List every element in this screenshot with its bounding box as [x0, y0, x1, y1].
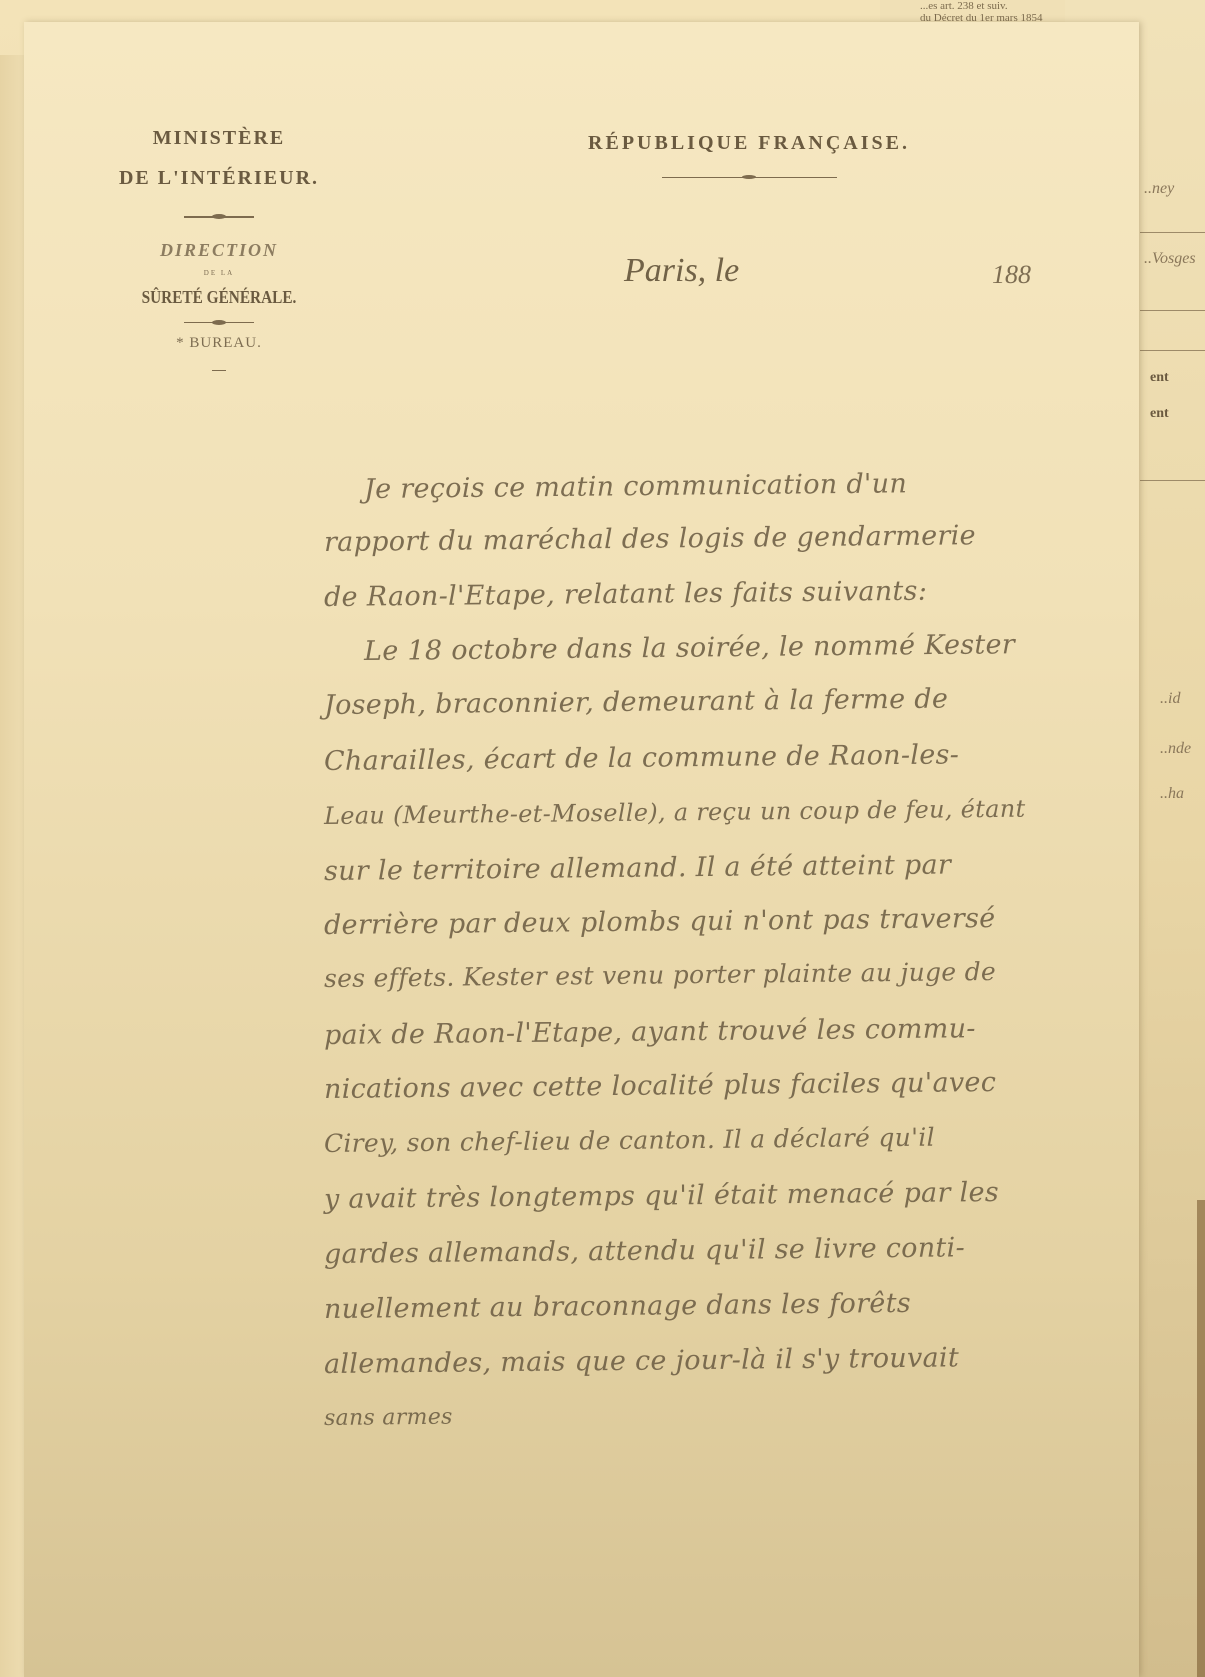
- divider: [212, 370, 226, 371]
- surete-generale-label: SÛRETÉ GÉNÉRALE.: [104, 287, 334, 308]
- direction-label: DIRECTION: [84, 240, 354, 261]
- ruled-line: [1140, 232, 1205, 233]
- handwritten-line: Cirey, son chef-lieu de canton. Il a déc…: [324, 1123, 935, 1158]
- table-edge-shadow: [1197, 1200, 1205, 1677]
- right-fragment: ent: [1150, 370, 1169, 386]
- ministry-subtitle: DE L'INTÉRIEUR.: [84, 162, 354, 194]
- right-fragment: ent: [1150, 406, 1169, 422]
- handwritten-line: sur le territoire allemand. Il a été att…: [324, 849, 951, 887]
- handwritten-line: Leau (Meurthe-et-Moselle), a reçu un cou…: [324, 795, 1026, 830]
- handwritten-line: de Raon-l'Etape, relatant les faits suiv…: [324, 576, 927, 613]
- republic-title: RÉPUBLIQUE FRANÇAISE.: [514, 132, 984, 155]
- ornament-divider-icon: [184, 322, 254, 323]
- handwritten-line: sans armes: [324, 1405, 453, 1431]
- right-fragment: ..ha: [1160, 785, 1184, 803]
- right-fragment: ..nde: [1160, 740, 1191, 758]
- handwritten-line: rapport du maréchal des logis de gendarm…: [324, 520, 976, 558]
- letterhead-republic: RÉPUBLIQUE FRANÇAISE.: [514, 132, 984, 178]
- ruled-line: [1140, 350, 1205, 351]
- handwritten-line: paix de Raon-l'Etape, ayant trouvé les c…: [324, 1013, 976, 1051]
- ruled-line: [1140, 310, 1205, 311]
- handwritten-line: Je reçois ce matin communication d'un: [364, 468, 907, 505]
- background-sheet-top-text: ...es art. 238 et suiv. du Décret du 1er…: [920, 0, 1043, 24]
- bureau-label: * BUREAU.: [84, 335, 354, 352]
- ornament-divider-icon: [184, 216, 254, 218]
- year-label: 188: [992, 260, 1031, 290]
- right-fragment: ..id: [1160, 690, 1180, 708]
- letterhead-ministry: MINISTÈRE DE L'INTÉRIEUR. DIRECTION DE L…: [84, 122, 354, 371]
- right-fragment: ..ney: [1144, 180, 1174, 198]
- ornament-divider-icon: [662, 177, 837, 178]
- handwritten-line: Joseph, braconnier, demeurant à la ferme…: [324, 683, 948, 721]
- handwritten-line: gardes allemands, attendu qu'il se livre…: [324, 1232, 965, 1270]
- top-fragment-line-1: ...es art. 238 et suiv.: [920, 0, 1043, 12]
- ruled-line: [1140, 480, 1205, 481]
- handwritten-line: derrière par deux plombs qui n'ont pas t…: [324, 903, 996, 941]
- handwritten-line: nications avec cette localité plus facil…: [324, 1067, 996, 1105]
- right-fragment: ..Vosges: [1144, 250, 1196, 268]
- place-date-label: Paris, le: [624, 252, 739, 290]
- handwritten-line: y avait très longtemps qu'il était menac…: [324, 1177, 999, 1215]
- handwritten-line: nuellement au braconnage dans les forêts: [324, 1288, 911, 1325]
- handwritten-line: allemandes, mais que ce jour-là il s'y t…: [324, 1342, 959, 1380]
- de-la-label: DE LA: [84, 269, 354, 277]
- handwritten-line: Le 18 octobre dans la soirée, le nommé K…: [364, 629, 1015, 667]
- ministry-title: MINISTÈRE: [84, 122, 354, 154]
- handwritten-line: ses effets. Kester est venu porter plain…: [324, 957, 996, 993]
- handwritten-line: Charailles, écart de la commune de Raon-…: [324, 739, 959, 777]
- letter-sheet: MINISTÈRE DE L'INTÉRIEUR. DIRECTION DE L…: [24, 22, 1139, 1677]
